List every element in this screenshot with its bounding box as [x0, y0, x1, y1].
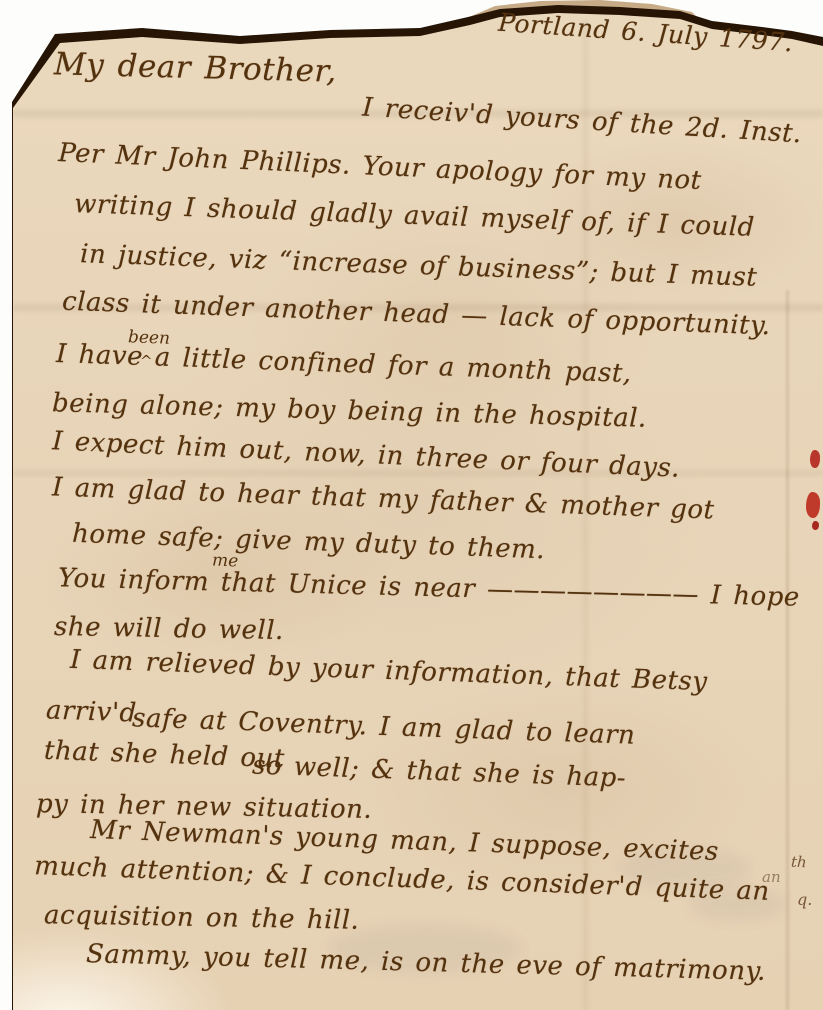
- letter-line: arriv'd: [46, 695, 138, 728]
- caret-mark-icon: ^: [140, 352, 153, 370]
- edge-ink-mark: an: [762, 868, 781, 886]
- interlinear-insertion-me: me: [212, 551, 239, 572]
- letter-line: acquisition on the hill.: [44, 900, 360, 935]
- edge-ink-mark: q.: [797, 890, 812, 909]
- wax-seal-fragment: [812, 521, 819, 530]
- letter-line: she will do well.: [54, 612, 284, 646]
- interlinear-insertion-been: been: [128, 327, 171, 348]
- wax-seal-fragment: [810, 450, 820, 468]
- salutation: My dear Brother,: [54, 46, 338, 89]
- wax-seal-fragment: [806, 492, 820, 518]
- edge-ink-mark: th: [791, 853, 808, 872]
